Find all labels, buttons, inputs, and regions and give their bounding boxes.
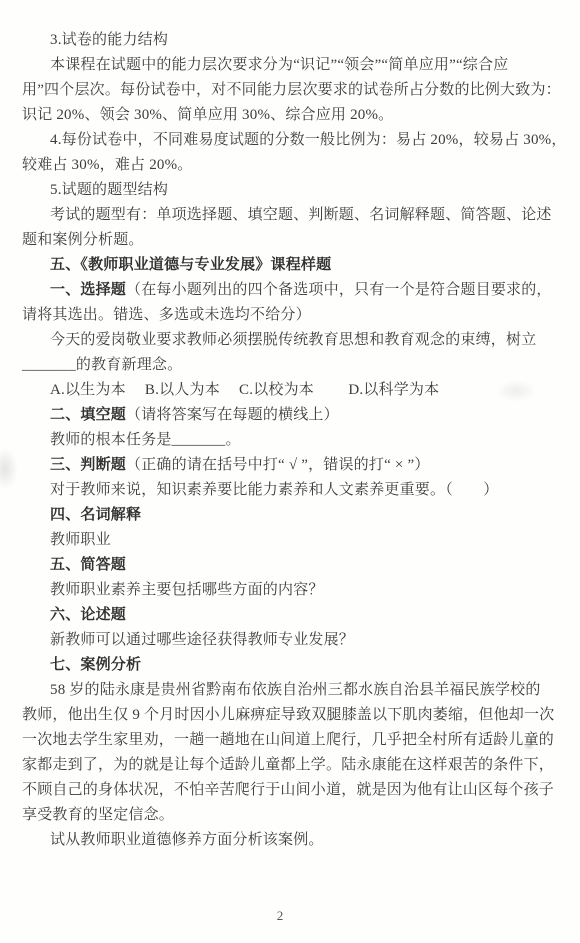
para-question-types-line2: 题和案例分析题。 [22, 228, 562, 253]
line-text: 新教师可以通过哪些途径获得教师专业发展？ [50, 632, 354, 648]
short-answer-question: 教师职业素养主要包括哪些方面的内容？ [22, 578, 562, 603]
line-text: 考试的题型有：单项选择题、填空题、判断题、名词解释题、简答题、论述 [50, 207, 552, 223]
para-ability-levels-line1: 本课程在试题中的能力层次要求分为“识记”“领会”“简单应用”“综合应 [22, 53, 562, 78]
multiple-choice-options: A.以生为本 B.以人为本 C.以校为本 D.以科学为本 [22, 378, 562, 403]
case-text-line4: 家都走到了，为的就是让每个适龄儿童都上学。陆永康能在这样艰苦的条件下， [22, 753, 562, 778]
heading-fill-blank: 二、填空题（请将答案写在每题的横线上） [22, 403, 562, 428]
heading-true-false: 三、判断题（正确的请在括号中打“ √ ”，错误的打“ × ”） [22, 453, 562, 478]
case-text-line3: 一次地去学生家里劝，一趟一趟地在山间道上爬行，几乎把全村所有适龄儿童的 [22, 728, 562, 753]
true-false-question: 对于教师来说，知识素养要比能力素养和人文素养更重要。（ ） [22, 478, 562, 503]
line-text: 题和案例分析题。 [22, 232, 144, 248]
page-number: 2 [0, 908, 560, 924]
term-definition-item: 教师职业 [22, 528, 562, 553]
heading-case-analysis: 七、案例分析 [22, 653, 562, 678]
line-text: 用”四个层次。每份试卷中，对不同能力层次要求的试卷所占分数的比例大致为： [22, 82, 561, 98]
case-text-line1: 58 岁的陆永康是贵州省黔南布依族自治州三都水族自治县羊福民族学校的 [22, 678, 562, 703]
line-text: （请将答案写在每题的横线上） [126, 407, 339, 423]
line-bold: 七、案例分析 [50, 657, 141, 673]
para-difficulty-ratio-line2: 较难占 30%，难占 20%。 [22, 153, 562, 178]
line-bold: 一、选择题 [50, 282, 126, 298]
multiple-choice-instructions-line2: 请将其选出。错选、多选或未选均不给分） [22, 303, 562, 328]
line-text: 较难占 30%，难占 20%。 [22, 157, 193, 173]
document-page: 3.试卷的能力结构 本课程在试题中的能力层次要求分为“识记”“领会”“简单应用”… [0, 0, 580, 943]
case-task: 试从教师职业道德修养方面分析该案例。 [22, 828, 562, 853]
multiple-choice-question-blank: _______的教育新理念。 [22, 353, 562, 378]
line-text: 识记 20%、领会 30%、简单应用 30%、综合应用 20%。 [22, 107, 393, 123]
line-text: 5.试题的题型结构 [50, 182, 168, 198]
heading-short-answer: 五、简答题 [22, 553, 562, 578]
line-bold: 三、判断题 [50, 457, 126, 473]
case-text-line2: 教师，他出生仅 9 个月时因小儿麻痹症导致双腿膝盖以下肌肉萎缩，但他却一次 [22, 703, 562, 728]
line-text: 4.每份试卷中，不同难易度试题的分数一般比例为：易占 20%，较易占 30%， [50, 132, 567, 148]
case-text-line6: 享受教育的坚定信念。 [22, 803, 562, 828]
document-body: 3.试卷的能力结构 本课程在试题中的能力层次要求分为“识记”“领会”“简单应用”… [22, 28, 562, 853]
line-text: 3.试卷的能力结构 [50, 32, 168, 48]
line-text: 享受教育的坚定信念。 [22, 807, 174, 823]
line-text: 不顾自己的身体状况，不怕辛苦爬行于山间小道，就是因为他有让山区每个孩子 [22, 782, 554, 798]
para-ability-levels-line2: 用”四个层次。每份试卷中，对不同能力层次要求的试卷所占分数的比例大致为： [22, 78, 562, 103]
line-text: 教师职业素养主要包括哪些方面的内容？ [50, 582, 324, 598]
line-text: 教师，他出生仅 9 个月时因小儿麻痹症导致双腿膝盖以下肌肉萎缩，但他却一次 [22, 707, 554, 723]
heading-essay: 六、论述题 [22, 603, 562, 628]
line-text: A.以生为本 B.以人为本 C.以校为本 D.以科学为本 [50, 382, 439, 398]
essay-question: 新教师可以通过哪些途径获得教师专业发展？ [22, 628, 562, 653]
line-text: _______的教育新理念。 [22, 357, 182, 373]
line-text: 对于教师来说，知识素养要比能力素养和人文素养更重要。（ ） [50, 482, 499, 498]
heading-ability-structure: 3.试卷的能力结构 [22, 28, 562, 53]
line-text: （正确的请在括号中打“ √ ”，错误的打“ × ”） [126, 457, 430, 473]
heading-course-sample: 五、《教师职业道德与专业发展》课程样题 [22, 253, 562, 278]
line-bold: 五、简答题 [50, 557, 126, 573]
heading-question-types: 5.试题的题型结构 [22, 178, 562, 203]
scan-smudge [0, 448, 18, 490]
line-text: 请将其选出。错选、多选或未选均不给分） [22, 307, 311, 323]
heading-multiple-choice: 一、选择题（在每小题列出的四个备选项中，只有一个是符合题目要求的， [22, 278, 562, 303]
line-text: 一次地去学生家里劝，一趟一趟地在山间道上爬行，几乎把全村所有适龄儿童的 [22, 732, 554, 748]
para-difficulty-ratio-line1: 4.每份试卷中，不同难易度试题的分数一般比例为：易占 20%，较易占 30%， [22, 128, 562, 153]
line-text: 本课程在试题中的能力层次要求分为“识记”“领会”“简单应用”“综合应 [50, 57, 508, 73]
line-text: 试从教师职业道德修养方面分析该案例。 [50, 832, 324, 848]
heading-term-definition: 四、名词解释 [22, 503, 562, 528]
fill-blank-question: 教师的根本任务是_______。 [22, 428, 562, 453]
para-question-types-line1: 考试的题型有：单项选择题、填空题、判断题、名词解释题、简答题、论述 [22, 203, 562, 228]
line-text: 58 岁的陆永康是贵州省黔南布依族自治州三都水族自治县羊福民族学校的 [50, 682, 541, 698]
line-text: （在每小题列出的四个备选项中，只有一个是符合题目要求的， [126, 282, 552, 298]
line-bold: 二、填空题 [50, 407, 126, 423]
multiple-choice-question-line1: 今天的爱岗敬业要求教师必须摆脱传统教育思想和教育观念的束缚，树立 [22, 328, 562, 353]
line-bold: 五、《教师职业道德与专业发展》课程样题 [50, 257, 331, 273]
case-text-line5: 不顾自己的身体状况，不怕辛苦爬行于山间小道，就是因为他有让山区每个孩子 [22, 778, 562, 803]
line-text: 家都走到了，为的就是让每个适龄儿童都上学。陆永康能在这样艰苦的条件下， [22, 757, 554, 773]
line-bold: 四、名词解释 [50, 507, 141, 523]
para-ability-ratio: 识记 20%、领会 30%、简单应用 30%、综合应用 20%。 [22, 103, 562, 128]
line-text: 教师的根本任务是_______。 [50, 432, 241, 448]
line-text: 教师职业 [50, 532, 111, 548]
line-bold: 六、论述题 [50, 607, 126, 623]
line-text: 今天的爱岗敬业要求教师必须摆脱传统教育思想和教育观念的束缚，树立 [50, 332, 536, 348]
